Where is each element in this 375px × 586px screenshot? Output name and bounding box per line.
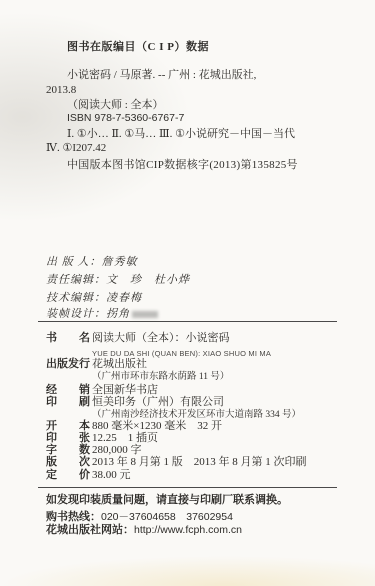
edition-value: 2013 年 8 月第 1 版 2013 年 8 月第 1 次印刷 <box>92 456 307 468</box>
publisher-person-row: 出 版 人：詹秀敏 <box>46 256 138 269</box>
isbn-number: ISBN 978-7-5360-6767-7 <box>67 112 184 125</box>
edition-label: 版 次 <box>46 456 92 469</box>
word-count-value: 280,000 字 <box>92 444 142 456</box>
publisher-person-label: 出 版 人： <box>46 256 102 268</box>
format-value: 880 毫米×1230 毫米 32 开 <box>92 420 222 432</box>
price-row: 定 价38.00 元 <box>46 469 131 482</box>
printer-label: 印 刷 <box>46 396 92 409</box>
website-label: 花城出版社网站： <box>46 524 134 536</box>
divider-line-top <box>38 321 337 322</box>
publisher-label: 出版发行 <box>46 358 92 371</box>
responsible-editors-value: 文 珍 杜小烨 <box>106 274 190 286</box>
website-row: 花城出版社网站：http://www.fcph.com.cn <box>46 524 242 537</box>
cip-record-number: 中国版本图书馆CIP数据核字(2013)第135825号 <box>67 159 298 172</box>
cip-classification-line1: Ⅰ. ①小… Ⅱ. ①马… Ⅲ. ①小说研究－中国－当代 <box>67 128 295 141</box>
cip-entry-line2: 2013.8 <box>46 84 76 97</box>
book-copyright-page: 图书在版编目（C I P）数据 小说密码 / 马原著. -- 广州 : 花城出版… <box>0 0 375 586</box>
technical-editor-value: 凌春梅 <box>106 292 142 304</box>
printer-row: 印 刷恒美印务（广州）有限公司 <box>46 396 224 409</box>
design-credit-label: 装帧设计： <box>46 308 106 320</box>
book-title-label: 书 名 <box>46 332 92 345</box>
smudged-text <box>132 311 158 318</box>
printed-sheets-value: 12.25 1 插页 <box>92 432 158 444</box>
printer-value: 恒美印务（广州）有限公司 <box>92 396 224 408</box>
cip-header: 图书在版编目（C I P）数据 <box>67 41 209 54</box>
publisher-row: 出版发行花城出版社 <box>46 358 147 371</box>
publisher-person-value: 詹秀敏 <box>102 256 138 268</box>
publisher-address: （广州市环市东路水荫路 11 号） <box>92 371 229 384</box>
hotline-row: 购书热线：020－37604658 37602954 <box>46 511 233 524</box>
divider-line-bottom <box>38 487 337 488</box>
cip-classification-line2: Ⅳ. ①I207.42 <box>46 142 106 155</box>
design-credit-value: 拐角 <box>106 308 130 320</box>
technical-editor-label: 技术编辑： <box>46 292 106 304</box>
distributor-value: 全国新华书店 <box>92 384 158 396</box>
cip-series-note: （阅读大师 : 全本） <box>67 99 164 112</box>
responsible-editors-row: 责任编辑：文 珍 杜小烨 <box>46 274 190 287</box>
quality-notice: 如发现印装质量问题，请直接与印刷厂联系调换。 <box>46 494 288 507</box>
price-value: 38.00 元 <box>92 469 131 481</box>
hotline-numbers: 020－37604658 37602954 <box>101 511 233 523</box>
hotline-label: 购书热线： <box>46 511 101 523</box>
cip-entry-line1: 小说密码 / 马原著. -- 广州 : 花城出版社, <box>67 69 256 82</box>
book-title-value: 阅读大师（全本）：小说密码 <box>92 332 230 344</box>
edition-row: 版 次2013 年 8 月第 1 版 2013 年 8 月第 1 次印刷 <box>46 456 307 469</box>
design-credit-row: 装帧设计：拐角 <box>46 308 158 321</box>
publisher-value: 花城出版社 <box>92 358 147 370</box>
responsible-editors-label: 责任编辑： <box>46 274 106 286</box>
price-label: 定 价 <box>46 469 92 482</box>
technical-editor-row: 技术编辑：凌春梅 <box>46 292 142 305</box>
book-title-row: 书 名阅读大师（全本）：小说密码 <box>46 332 230 345</box>
website-url: http://www.fcph.com.cn <box>134 524 242 536</box>
